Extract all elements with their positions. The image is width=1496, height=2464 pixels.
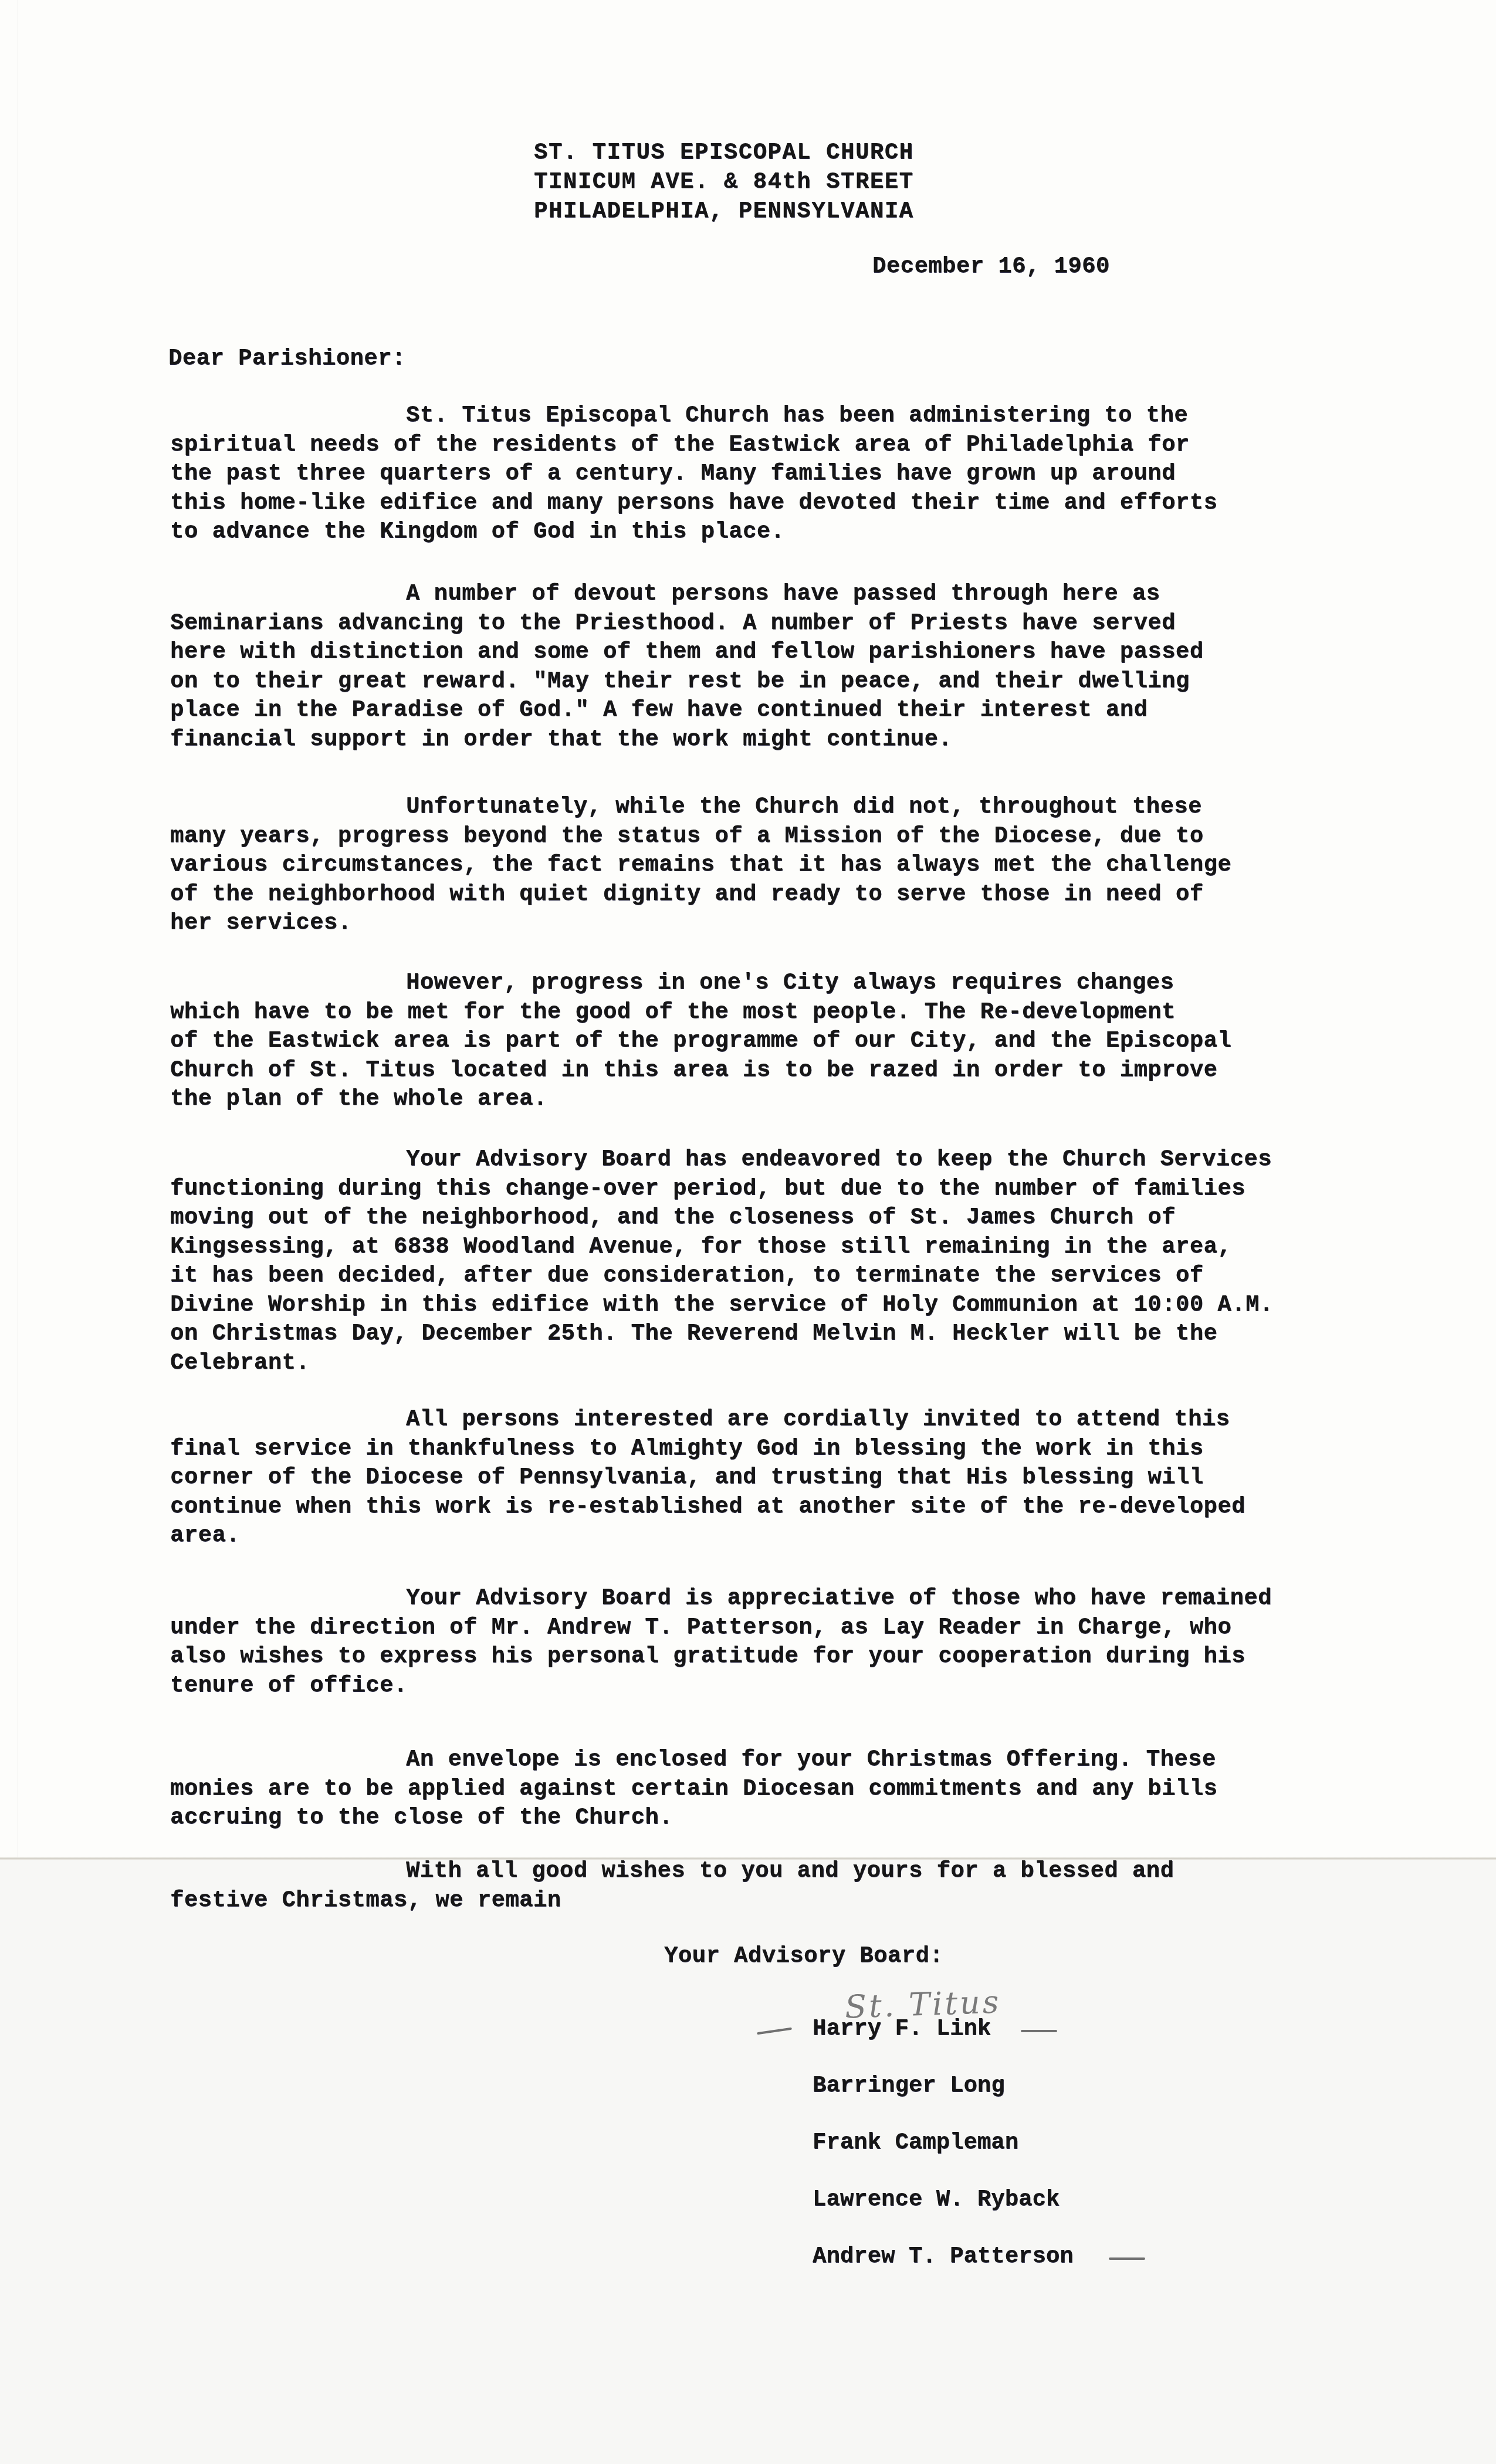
body-paragraph: An envelope is enclosed for your Christm… <box>170 1745 1343 1833</box>
letterhead-city: PHILADELPHIA, PENNSYLVANIA <box>534 197 914 226</box>
letterhead-street: TINICUM AVE. & 84th STREET <box>534 167 914 197</box>
signer-name: Lawrence W. Ryback <box>813 2171 1074 2228</box>
signer-name: Andrew T. Patterson <box>813 2228 1074 2285</box>
body-paragraph: Unfortunately, while the Church did not,… <box>170 793 1343 938</box>
salutation: Dear Parishioner: <box>168 344 406 374</box>
paragraph-first-line: With all good wishes to you and yours fo… <box>170 1857 1343 1886</box>
handwritten-annotation: St. Titus <box>844 1983 1002 2025</box>
pen-dash-mark <box>1109 2257 1145 2260</box>
paragraph-continuation: festive Christmas, we remain <box>170 1886 1343 1915</box>
paragraph-continuation: many years, progress beyond the status o… <box>170 822 1343 938</box>
body-paragraph: A number of devout persons have passed t… <box>170 580 1343 754</box>
paragraph-continuation: Seminarians advancing to the Priesthood.… <box>170 609 1343 754</box>
paragraph-first-line: Your Advisory Board has endeavored to ke… <box>170 1145 1343 1175</box>
paragraph-first-line: An envelope is enclosed for your Christm… <box>170 1745 1343 1775</box>
signer-name: Barringer Long <box>813 2057 1074 2114</box>
body-paragraph: All persons interested are cordially inv… <box>170 1405 1343 1551</box>
signer-list: Harry F. Link Barringer Long Frank Campl… <box>813 2001 1074 2285</box>
paragraph-continuation: monies are to be applied against certain… <box>170 1775 1343 1833</box>
paragraph-first-line: St. Titus Episcopal Church has been admi… <box>170 401 1343 431</box>
letterhead-church-name: ST. TITUS EPISCOPAL CHURCH <box>534 138 914 167</box>
body-paragraph: However, progress in one's City always r… <box>170 969 1343 1114</box>
body-paragraph: Your Advisory Board is appreciative of t… <box>170 1584 1343 1700</box>
closing-label: Your Advisory Board: <box>664 1942 943 1971</box>
pen-dash-mark <box>1021 2030 1057 2032</box>
closing-paragraph: With all good wishes to you and yours fo… <box>170 1857 1343 1915</box>
paragraph-continuation: functioning during this change-over peri… <box>170 1175 1343 1378</box>
paragraph-first-line: Your Advisory Board is appreciative of t… <box>170 1584 1343 1613</box>
body-paragraph: Your Advisory Board has endeavored to ke… <box>170 1145 1343 1377</box>
paragraph-first-line: However, progress in one's City always r… <box>170 969 1343 998</box>
letter-date: December 16, 1960 <box>872 252 1110 282</box>
signer-name: Frank Campleman <box>813 2114 1074 2171</box>
paragraph-continuation: which have to be met for the good of the… <box>170 998 1343 1114</box>
paragraph-first-line: A number of devout persons have passed t… <box>170 580 1343 609</box>
body-paragraph: St. Titus Episcopal Church has been admi… <box>170 401 1343 547</box>
paragraph-first-line: All persons interested are cordially inv… <box>170 1405 1343 1434</box>
letterhead: ST. TITUS EPISCOPAL CHURCHTINICUM AVE. &… <box>534 138 914 226</box>
paragraph-continuation: final service in thankfulness to Almight… <box>170 1434 1343 1551</box>
paragraph-first-line: Unfortunately, while the Church did not,… <box>170 793 1343 822</box>
paragraph-continuation: under the direction of Mr. Andrew T. Pat… <box>170 1613 1343 1701</box>
paragraph-continuation: spiritual needs of the residents of the … <box>170 431 1343 547</box>
